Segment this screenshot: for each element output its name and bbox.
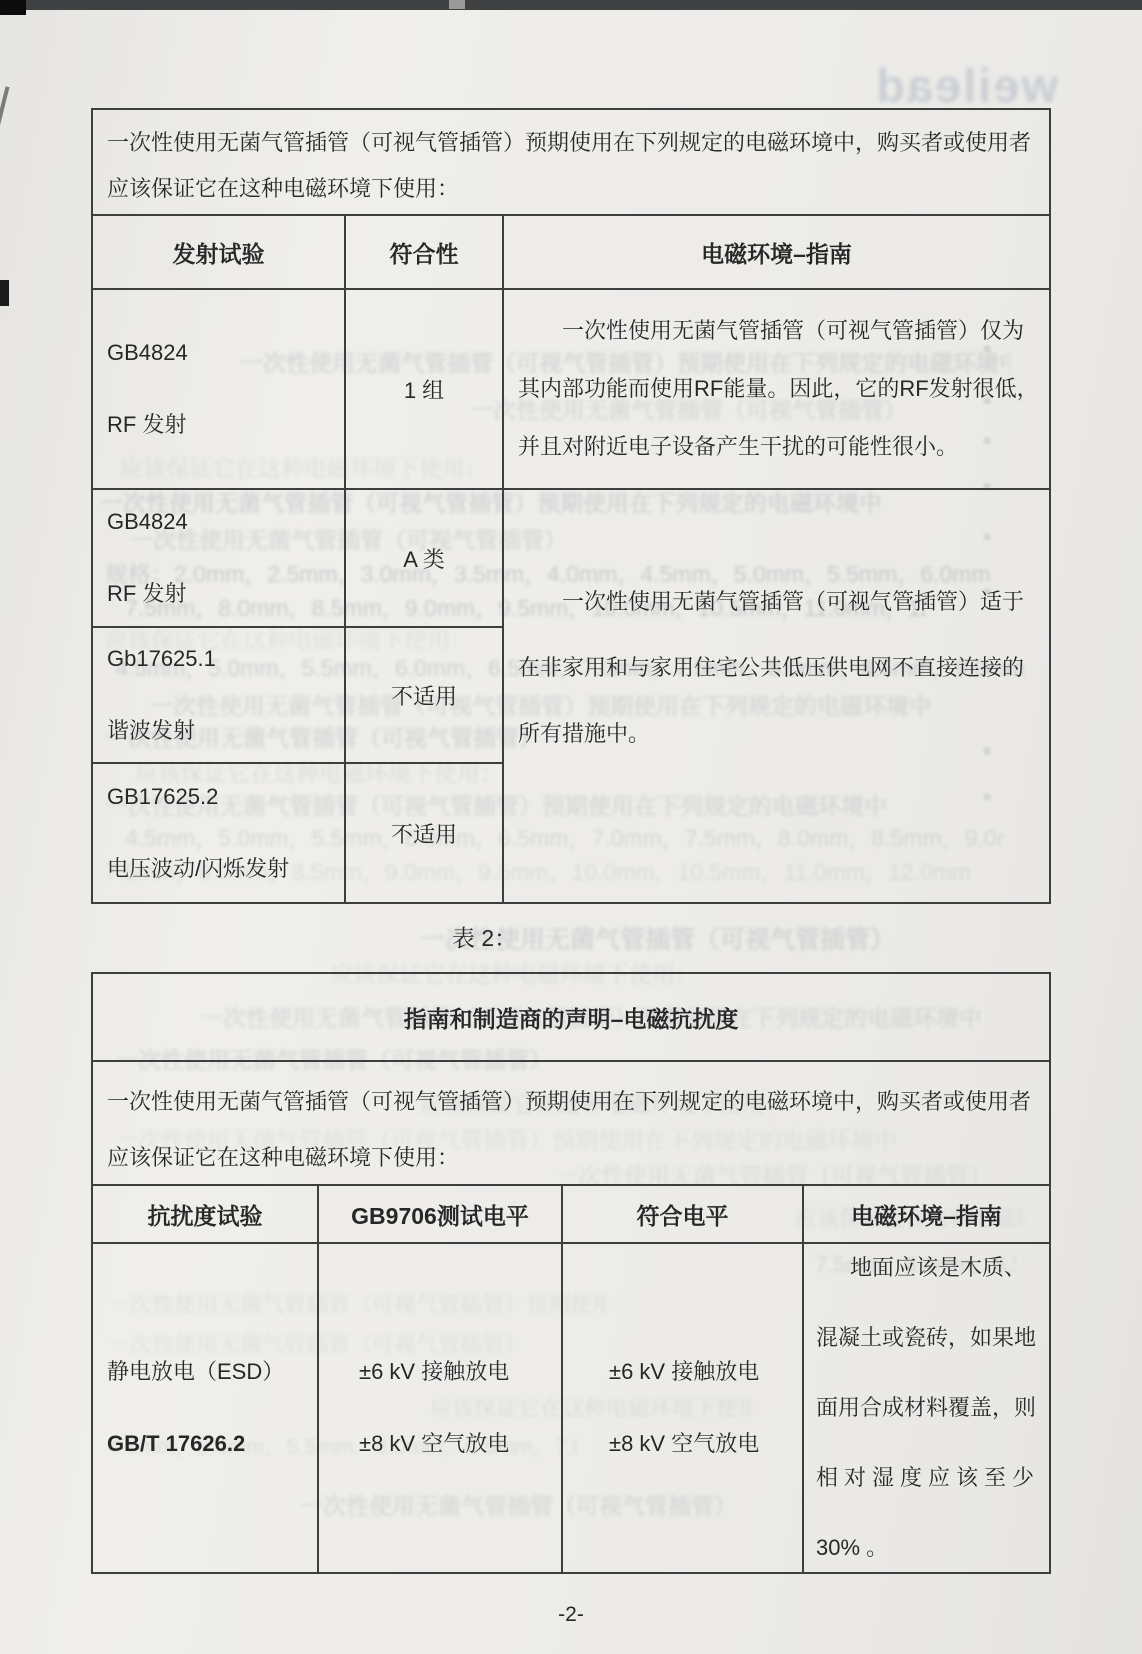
intro-line-1: 一次性使用无菌气管插管（可视气管插管）预期使用在下列规定的电磁环境中，购买者或使… (107, 120, 1035, 166)
row1-guidance-line1: 一次性使用无菌气管插管（可视气管插管）仅为 (518, 319, 1035, 343)
header-em-environment-guidance-2: 电磁环境–指南 (804, 1186, 1049, 1244)
row4-test: GB17625.2 电压波动/闪烁发射 (93, 764, 346, 902)
header-compliance: 符合性 (346, 216, 504, 290)
table2-caption: 表 2： (452, 920, 517, 953)
esd-compliance-line1: ±6 kV 接触放电 (609, 1359, 802, 1385)
row1-guidance-line2: 其内部功能而使用RF能量。因此，它的RF发射很低， (518, 377, 1035, 401)
row2-test-line1: GB4824 (107, 510, 344, 534)
header-em-environment-guidance: 电磁环境–指南 (504, 216, 1049, 290)
merged-guidance-line3: 所有措施中。 (518, 722, 1035, 746)
esd-test: 静电放电（ESD） GB/T 17626.2 (93, 1244, 319, 1572)
scan-ink-blot (0, 280, 9, 306)
emissions-grid: 发射试验 符合性 电磁环境–指南 GB4824 RF 发射 1 组 一次性使用无… (93, 216, 1049, 902)
esd-test-line1: 静电放电（ESD） (107, 1359, 317, 1385)
row1-test-line2: RF 发射 (107, 413, 344, 437)
header-emission-test: 发射试验 (93, 216, 346, 290)
row1-compliance: 1 组 (346, 290, 504, 490)
header-compliance-level: 符合电平 (563, 1186, 804, 1244)
merged-guidance-line1: 一次性使用无菌气管插管（可视气管插管）适于 (518, 590, 1035, 614)
esd-compliance-line2: ±8 kV 空气放电 (609, 1431, 802, 1457)
row4-compliance: 不适用 (346, 764, 504, 902)
intro-line-2: 应该保证它在这种电磁环境下使用： (107, 166, 1035, 212)
esd-guidance-line4: 相对湿度应该至少 (816, 1466, 1037, 1490)
esd-test-level-line1: ±6 kV 接触放电 (359, 1359, 561, 1385)
header-immunity-test: 抗扰度试验 (93, 1186, 319, 1244)
weilead-watermark-bleedthrough: weilead (758, 58, 1058, 113)
row2-test: GB4824 RF 发射 (93, 490, 346, 628)
esd-guidance-line1: 地面应该是木质、 (816, 1256, 1037, 1280)
esd-guidance-line2: 混凝土或瓷砖，如果地 (816, 1326, 1037, 1350)
scanned-document-page: weilead 一次性使用无菌气管插管（可视气管插管）预期使用在下列规定的电磁环… (0, 0, 1142, 1654)
row3-test-line1: Gb17625.1 (107, 647, 344, 671)
esd-guidance: 地面应该是木质、 混凝土或瓷砖，如果地 面用合成材料覆盖，则 相对湿度应该至少 … (804, 1244, 1049, 1572)
scan-top-notch (449, 0, 465, 9)
row3-compliance: 不适用 (346, 628, 504, 764)
esd-test-line2: GB/T 17626.2 (107, 1431, 317, 1457)
emissions-table: 一次性使用无菌气管插管（可视气管插管）预期使用在下列规定的电磁环境中，购买者或使… (91, 108, 1051, 904)
immunity-table-title: 指南和制造商的声明–电磁抗扰度 (93, 974, 1049, 1062)
row4-test-line1: GB17625.2 (107, 785, 344, 809)
esd-guidance-line3: 面用合成材料覆盖，则 (816, 1396, 1037, 1420)
merged-guidance-line2: 在非家用和与家用住宅公共低压供电网不直接连接的 (518, 656, 1035, 680)
emissions-intro-paragraph: 一次性使用无菌气管插管（可视气管插管）预期使用在下列规定的电磁环境中，购买者或使… (93, 110, 1049, 216)
esd-guidance-line5: 30% 。 (816, 1536, 1037, 1560)
immunity-intro-paragraph: 一次性使用无菌气管插管（可视气管插管）预期使用在下列规定的电磁环境中，购买者或使… (93, 1062, 1049, 1186)
page-number: -2- (0, 1603, 1142, 1627)
immunity-intro-line2: 应该保证它在这种电磁环境下使用： (107, 1130, 1035, 1186)
esd-test-level-line2: ±8 kV 空气放电 (359, 1431, 561, 1457)
immunity-table: 指南和制造商的声明–电磁抗扰度 一次性使用无菌气管插管（可视气管插管）预期使用在… (91, 972, 1051, 1574)
immunity-grid: 抗扰度试验 GB9706测试电平 符合电平 电磁环境–指南 静电放电（ESD） … (93, 1186, 1049, 1572)
row3-test: Gb17625.1 谐波发射 (93, 628, 346, 764)
row1-guidance-line3: 并且对附近电子设备产生干扰的可能性很小。 (518, 435, 1035, 459)
merged-guidance: 一次性使用无菌气管插管（可视气管插管）适于 在非家用和与家用住宅公共低压供电网不… (504, 490, 1049, 902)
row3-test-line2: 谐波发射 (107, 719, 344, 743)
esd-compliance-level: ±6 kV 接触放电 ±8 kV 空气放电 (563, 1244, 804, 1572)
esd-test-level: ±6 kV 接触放电 ±8 kV 空气放电 (319, 1244, 563, 1572)
row2-test-line2: RF 发射 (107, 582, 344, 606)
scan-scratch (0, 86, 9, 139)
row2-compliance: A 类 (346, 490, 504, 628)
row1-test-line1: GB4824 (107, 341, 344, 365)
row4-test-line2: 电压波动/闪烁发射 (107, 857, 344, 881)
scan-corner-mark (0, 0, 26, 15)
scan-top-edge (0, 0, 1142, 10)
immunity-intro-line1: 一次性使用无菌气管插管（可视气管插管）预期使用在下列规定的电磁环境中，购买者或使… (107, 1074, 1035, 1130)
row1-test: GB4824 RF 发射 (93, 290, 346, 490)
row1-guidance: 一次性使用无菌气管插管（可视气管插管）仅为 其内部功能而使用RF能量。因此，它的… (504, 290, 1049, 490)
header-gb9706-test-level: GB9706测试电平 (319, 1186, 563, 1244)
